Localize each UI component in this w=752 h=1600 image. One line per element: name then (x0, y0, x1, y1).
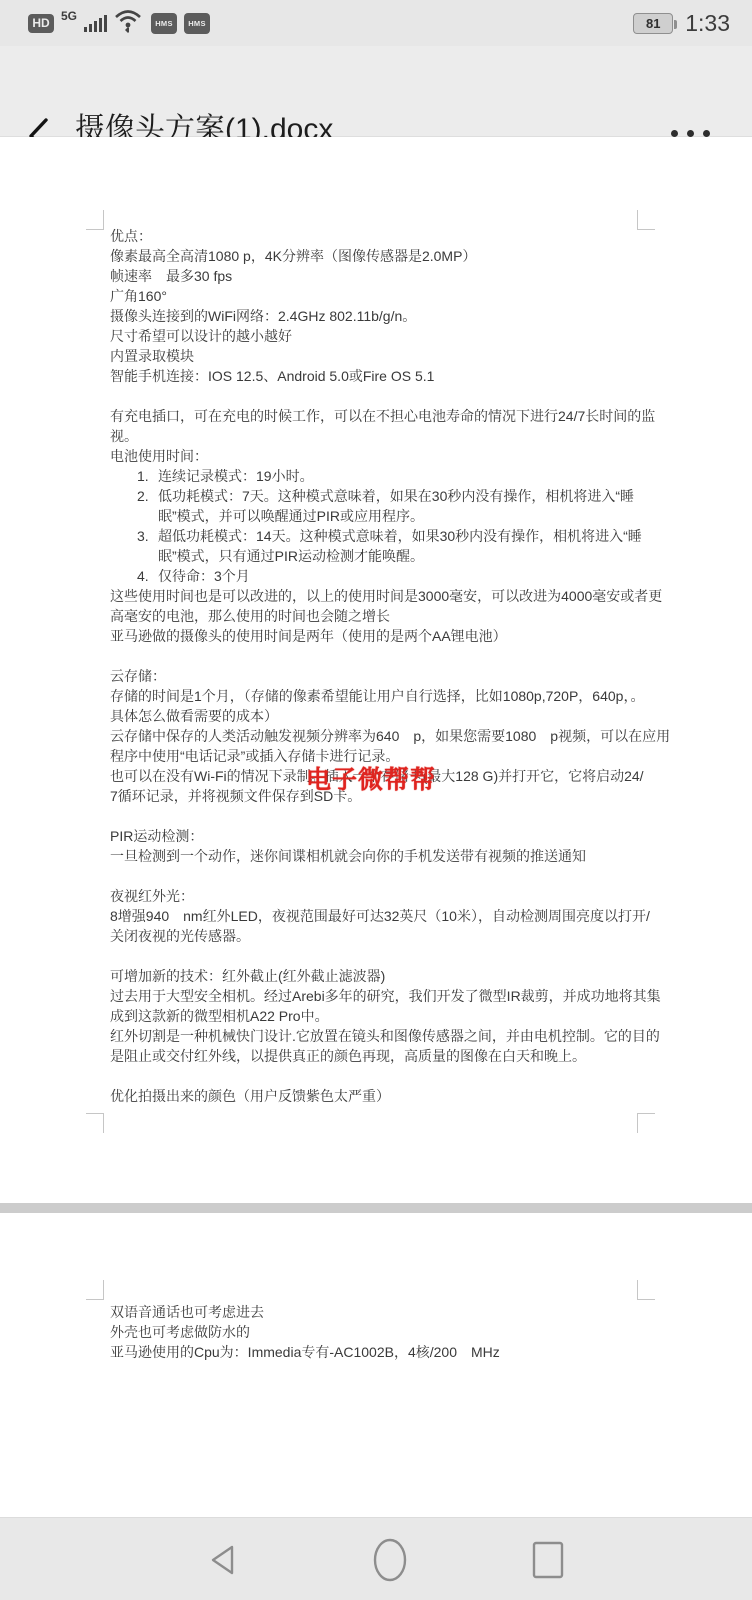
doc-line-text: 帧速率 最多30 fps (110, 268, 232, 284)
doc-line-text: 具体怎么做看需要的成本） (110, 708, 278, 724)
document-page-2: 双语音通话也可考虑进去外壳也可考虑做防水的亚马逊使用的Cpu为：Immedia专… (110, 1302, 500, 1362)
doc-line-text: 关闭夜视的光传感器。 (110, 928, 250, 944)
doc-line: 云存储中保存的人类活动触发视频分辨率为640 p，如果您需要1080 p视频，可… (110, 726, 670, 746)
nav-recents-icon (531, 1540, 565, 1580)
doc-line: 亚马逊做的摄像头的使用时间是两年（使用的是两个AA锂电池） (110, 626, 670, 646)
doc-line: 过去用于大型安全相机。经过Arebi多年的研究，我们开发了微型IR裁剪，并成功地… (110, 986, 670, 1006)
doc-line: 一旦检测到一个动作，迷你间谍相机就会向你的手机发送带有视频的推送通知 (110, 846, 670, 866)
list-number: 2. (137, 486, 158, 506)
doc-line-text: 成到这款新的微型相机A22 Pro中。 (110, 1008, 329, 1024)
doc-line: 8增强940 nm红外LED，夜视范围最好可达32英尺（10米），自动检测周围亮… (110, 906, 670, 926)
doc-line: 高毫安的电池，那么使用的时间也会随之增长 (110, 606, 670, 626)
doc-line-text: 红外切割是一种机械快门设计.它放置在镜头和图像传感器之间，并由电机控制。它的目的 (110, 1028, 660, 1044)
doc-line (110, 386, 670, 406)
doc-line: 眠”模式，只有通过PIR运动检测才能唤醒。 (110, 546, 670, 566)
doc-line: 4.仅待命：3个月 (110, 566, 670, 586)
nav-back-button[interactable] (192, 1518, 252, 1600)
doc-line: 智能手机连接：IOS 12.5、Android 5.0或Fire OS 5.1 (110, 366, 670, 386)
navigation-bar (0, 1517, 752, 1600)
document-page-1: 优点：像素最高全高清1080 p，4K分辨率（图像传感器是2.0MP）帧速率 最… (110, 226, 670, 1106)
battery-icon: 81 (633, 13, 673, 34)
doc-line-text: 有充电插口，可在充电的时候工作，可以在不担心电池寿命的情况下进行24/7长时间的… (110, 408, 655, 424)
doc-line-text: 外壳也可考虑做防水的 (110, 1324, 250, 1340)
doc-line: PIR运动检测： (110, 826, 670, 846)
list-number: 3. (137, 526, 158, 546)
doc-line-text: 低功耗模式：7天。这种模式意味着，如果在30秒内没有操作，相机将进入“睡 (158, 488, 634, 504)
more-options-button[interactable] (671, 130, 710, 137)
doc-line-text: 双语音通话也可考虑进去 (110, 1304, 264, 1320)
document-preview-area[interactable]: 优点：像素最高全高清1080 p，4K分辨率（图像传感器是2.0MP）帧速率 最… (0, 137, 752, 1517)
doc-line: 优点： (110, 226, 670, 246)
doc-line-text: 是阻止或交付红外线，以提供真正的颜色再现，高质量的图像在白天和晚上。 (110, 1048, 586, 1064)
doc-line (110, 866, 670, 886)
phone-screen: HD 5G HMS HMS 81 1:33 (0, 0, 752, 1600)
doc-line-text: 一旦检测到一个动作，迷你间谍相机就会向你的手机发送带有视频的推送通知 (110, 848, 586, 864)
doc-line-text: 亚马逊使用的Cpu为：Immedia专有-AC1002B，4核/200 MHz (110, 1344, 500, 1360)
doc-line: 有充电插口，可在充电的时候工作，可以在不担心电池寿命的情况下进行24/7长时间的… (110, 406, 670, 426)
network-type-label: 5G (61, 9, 77, 23)
doc-line-text: 可增加新的技术：红外截止(红外截止滤波器) (110, 968, 385, 984)
doc-line-text: 高毫安的电池，那么使用的时间也会随之增长 (110, 608, 390, 624)
nav-home-icon (370, 1536, 410, 1584)
app-header: 摄像头方案(1).docx 文件预览 (0, 46, 752, 137)
doc-line-text: 电池使用时间： (110, 448, 208, 464)
doc-line: 具体怎么做看需要的成本） (110, 706, 670, 726)
doc-line: 广角160° (110, 286, 670, 306)
doc-line-text: 连续记录模式：19小时。 (158, 468, 314, 484)
doc-line-text: 广角160° (110, 288, 167, 304)
doc-line-text: 尺寸希望可以设计的越小越好 (110, 328, 292, 344)
doc-line-text: 内置录取模块 (110, 348, 194, 364)
doc-line-text: 亚马逊做的摄像头的使用时间是两年（使用的是两个AA锂电池） (110, 628, 507, 644)
crop-mark (86, 1113, 104, 1133)
list-number: 4. (137, 566, 158, 586)
dot-icon (687, 130, 694, 137)
page-separator (0, 1203, 752, 1213)
crop-mark (637, 1113, 655, 1133)
status-bar-right: 81 1:33 (633, 0, 730, 46)
doc-line (110, 646, 670, 666)
doc-line: 双语音通话也可考虑进去 (110, 1302, 500, 1322)
doc-line-text: 眠”模式，并可以唤醒通过PIR或应用程序。 (158, 508, 424, 524)
doc-line-text: 像素最高全高清1080 p，4K分辨率（图像传感器是2.0MP） (110, 248, 476, 264)
doc-line: 2.低功耗模式：7天。这种模式意味着，如果在30秒内没有操作，相机将进入“睡 (110, 486, 670, 506)
hd-badge-icon: HD (28, 14, 54, 33)
doc-line-text: 这些使用时间也是可以改进的，以上的使用时间是3000毫安，可以改进为4000毫安… (110, 588, 662, 604)
doc-line-text: 优点： (110, 228, 152, 244)
clock-label: 1:33 (685, 10, 730, 37)
list-number: 1. (137, 466, 158, 486)
doc-line: 关闭夜视的光传感器。 (110, 926, 670, 946)
doc-line-text: 8增强940 nm红外LED，夜视范围最好可达32英尺（10米），自动检测周围亮… (110, 908, 650, 924)
doc-line (110, 1066, 670, 1086)
battery-nub (674, 20, 678, 29)
doc-line-text: 智能手机连接：IOS 12.5、Android 5.0或Fire OS 5.1 (110, 368, 434, 384)
dot-icon (671, 130, 678, 137)
doc-line: 眠”模式，并可以唤醒通过PIR或应用程序。 (110, 506, 670, 526)
doc-line-text: 超低功耗模式：14天。这种模式意味着，如果30秒内没有操作，相机将进入“睡 (158, 528, 642, 544)
doc-line: 存储的时间是1个月，（存储的像素希望能让用户自行选择，比如1080p,720P，… (110, 686, 670, 706)
doc-line: 这些使用时间也是可以改进的，以上的使用时间是3000毫安，可以改进为4000毫安… (110, 586, 670, 606)
doc-line: 内置录取模块 (110, 346, 670, 366)
doc-line-text: 云存储： (110, 668, 166, 684)
doc-line: 摄像头连接到的WiFi网络：2.4GHz 802.11b/g/n。 (110, 306, 670, 326)
doc-line: 是阻止或交付红外线，以提供真正的颜色再现，高质量的图像在白天和晚上。 (110, 1046, 670, 1066)
doc-line-text: 夜视红外光： (110, 888, 194, 904)
hms-badge-icon-1: HMS (151, 13, 177, 34)
doc-line-text: 优化拍摄出来的颜色（用户反馈紫色太严重） (110, 1088, 390, 1104)
doc-line-text: 存储的时间是1个月，（存储的像素希望能让用户自行选择，比如1080p,720P，… (110, 688, 644, 704)
doc-line: 像素最高全高清1080 p，4K分辨率（图像传感器是2.0MP） (110, 246, 670, 266)
nav-home-button[interactable] (360, 1518, 420, 1600)
doc-line: 1.连续记录模式：19小时。 (110, 466, 670, 486)
doc-line: 视。 (110, 426, 670, 446)
doc-line (110, 806, 670, 826)
nav-recents-button[interactable] (518, 1518, 578, 1600)
doc-line-text: 摄像头连接到的WiFi网络：2.4GHz 802.11b/g/n。 (110, 308, 416, 324)
doc-line: 夜视红外光： (110, 886, 670, 906)
red-watermark: 电子微帮帮 (306, 760, 436, 796)
signal-strength-icon (84, 14, 107, 32)
doc-line: 电池使用时间： (110, 446, 670, 466)
doc-line: 帧速率 最多30 fps (110, 266, 670, 286)
doc-line: 云存储： (110, 666, 670, 686)
crop-mark (86, 210, 104, 230)
doc-line: 亚马逊使用的Cpu为：Immedia专有-AC1002B，4核/200 MHz (110, 1342, 500, 1362)
doc-line: 外壳也可考虑做防水的 (110, 1322, 500, 1342)
dot-icon (703, 130, 710, 137)
doc-line: 成到这款新的微型相机A22 Pro中。 (110, 1006, 670, 1026)
doc-line (110, 946, 670, 966)
doc-line-text: 视。 (110, 428, 138, 444)
doc-line-text: 过去用于大型安全相机。经过Arebi多年的研究，我们开发了微型IR裁剪，并成功地… (110, 988, 661, 1004)
doc-line: 优化拍摄出来的颜色（用户反馈紫色太严重） (110, 1086, 670, 1106)
status-bar: HD 5G HMS HMS 81 1:33 (0, 0, 752, 46)
doc-line-text: 云存储中保存的人类活动触发视频分辨率为640 p，如果您需要1080 p视频，可… (110, 728, 670, 744)
battery-percent-label: 81 (646, 16, 660, 31)
doc-line-text: 仅待命：3个月 (158, 568, 250, 584)
hms-badge-icon-2: HMS (184, 13, 210, 34)
doc-line: 红外切割是一种机械快门设计.它放置在镜头和图像传感器之间，并由电机控制。它的目的 (110, 1026, 670, 1046)
status-bar-left: HD 5G HMS HMS (28, 0, 210, 46)
nav-back-icon (209, 1544, 235, 1576)
doc-line-text: 眠”模式，只有通过PIR运动检测才能唤醒。 (158, 548, 424, 564)
doc-line: 尺寸希望可以设计的越小越好 (110, 326, 670, 346)
crop-mark (86, 1280, 104, 1300)
doc-line: 3.超低功耗模式：14天。这种模式意味着，如果30秒内没有操作，相机将进入“睡 (110, 526, 670, 546)
doc-line-text: PIR运动检测： (110, 828, 203, 844)
wifi-icon (114, 9, 144, 38)
crop-mark (637, 1280, 655, 1300)
doc-line: 可增加新的技术：红外截止(红外截止滤波器) (110, 966, 670, 986)
